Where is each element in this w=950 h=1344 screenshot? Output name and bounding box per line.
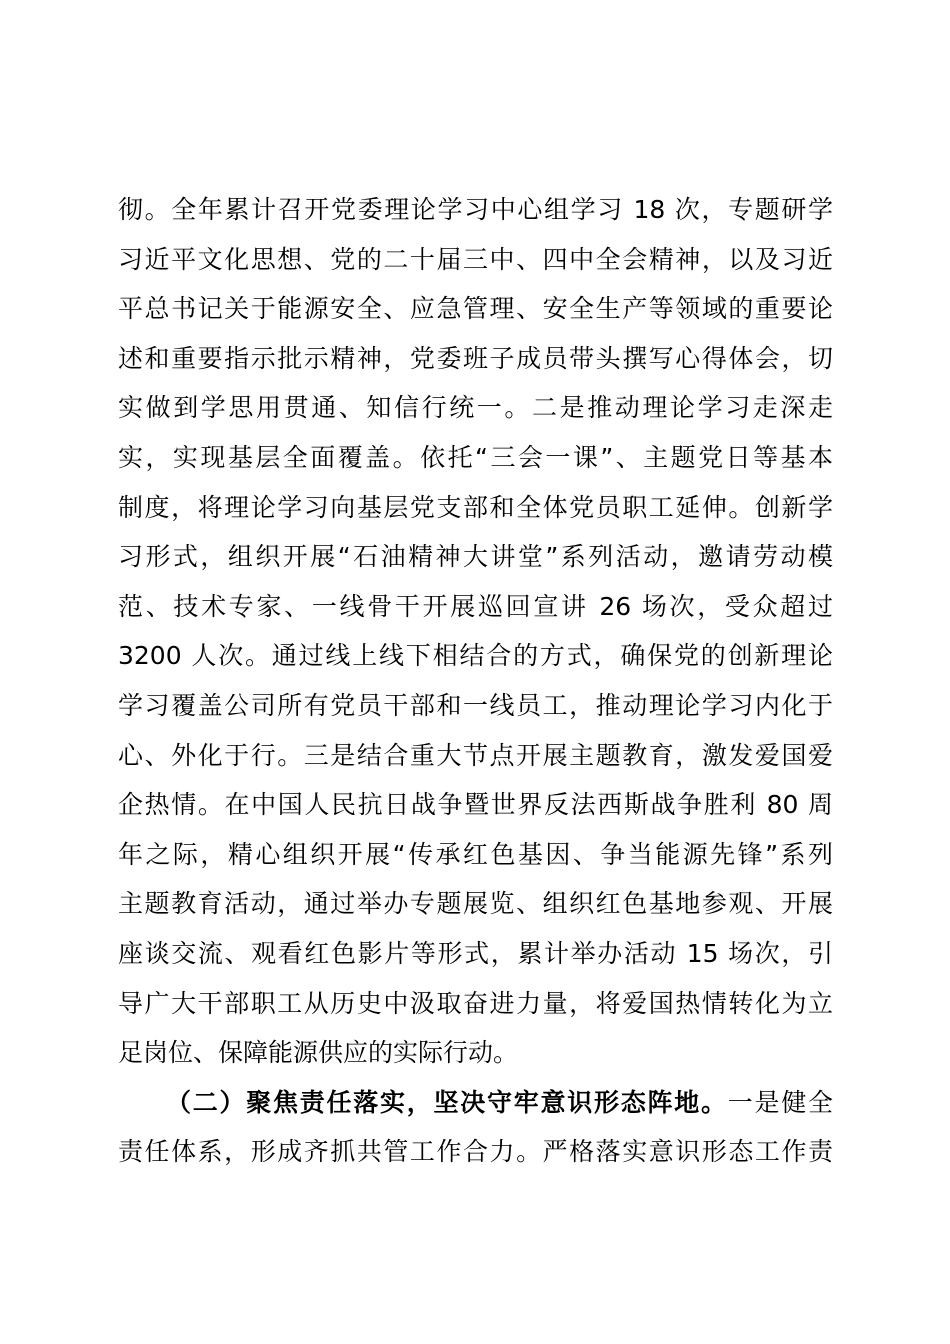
text-line: 3200 人次。通过线上线下相结合的方式，确保党的创新理论 (118, 631, 833, 681)
text-line: 企热情。在中国人民抗日战争暨世界反法西斯战争胜利 80 周 (118, 780, 833, 830)
body-text-segment: 一是健全 (728, 1088, 833, 1117)
text-line: 平总书记关于能源安全、应急管理、安全生产等领域的重要论 (118, 284, 833, 334)
body-text-segment: 导广大干部职工从历史中汲取奋进力量，将爱国热情转化为立 (118, 989, 833, 1018)
body-text-segment: 企热情。在中国人民抗日战争暨世界反法西斯战争胜利 80 周 (118, 790, 833, 819)
text-line: 习近平文化思想、党的二十届三中、四中全会精神，以及习近 (118, 235, 833, 285)
paragraph-ideology-responsibility: （二）聚焦责任落实，坚决守牢意识形态阵地。一是健全责任体系，形成齐抓共管工作合力… (118, 1078, 833, 1177)
text-line: 主题教育活动，通过举办专题展览、组织红色基地参观、开展 (118, 879, 833, 929)
paragraph-theory-learning: 彻。全年累计召开党委理论学习中心组学习 18 次，专题研学习近平文化思想、党的二… (118, 185, 833, 1078)
body-text-segment: 学习覆盖公司所有党员干部和一线员工，推动理论学习内化于 (118, 691, 833, 720)
text-line: 制度，将理论学习向基层党支部和全体党员职工延伸。创新学 (118, 483, 833, 533)
text-line: 实，实现基层全面覆盖。依托“三会一课”、主题党日等基本 (118, 433, 833, 483)
text-line: 彻。全年累计召开党委理论学习中心组学习 18 次，专题研学 (118, 185, 833, 235)
body-text-segment: 年之际，精心组织开展“传承红色基因、争当能源先锋”系列 (118, 840, 833, 869)
body-text-segment: 彻。全年累计召开党委理论学习中心组学习 18 次，专题研学 (118, 195, 833, 224)
document-page: 彻。全年累计召开党委理论学习中心组学习 18 次，专题研学习近平文化思想、党的二… (0, 0, 950, 1344)
text-line: 足岗位、保障能源供应的实际行动。 (118, 1028, 833, 1078)
body-text-segment: 述和重要指示批示精神，党委班子成员带头撰写心得体会，切 (118, 344, 833, 373)
body-text-segment: 足岗位、保障能源供应的实际行动。 (118, 1038, 518, 1067)
section-heading-text: （二）聚焦责任落实，坚决守牢意识形态阵地。 (166, 1088, 728, 1117)
text-line: 责任体系，形成齐抓共管工作合力。严格落实意识形态工作责 (118, 1127, 833, 1177)
body-text-segment: 习近平文化思想、党的二十届三中、四中全会精神，以及习近 (118, 245, 833, 274)
body-text-segment: 实，实现基层全面覆盖。依托“三会一课”、主题党日等基本 (118, 443, 833, 472)
document-body: 彻。全年累计召开党委理论学习中心组学习 18 次，专题研学习近平文化思想、党的二… (118, 185, 833, 1177)
text-line: 述和重要指示批示精神，党委班子成员带头撰写心得体会，切 (118, 334, 833, 384)
text-line: 心、外化于行。三是结合重大节点开展主题教育，激发爱国爱 (118, 731, 833, 781)
text-line: 导广大干部职工从历史中汲取奋进力量，将爱国热情转化为立 (118, 979, 833, 1029)
text-line: （二）聚焦责任落实，坚决守牢意识形态阵地。一是健全 (118, 1078, 833, 1128)
text-line: 实做到学思用贯通、知信行统一。二是推动理论学习走深走 (118, 383, 833, 433)
text-line: 座谈交流、观看红色影片等形式，累计举办活动 15 场次，引 (118, 929, 833, 979)
text-line: 年之际，精心组织开展“传承红色基因、争当能源先锋”系列 (118, 830, 833, 880)
body-text-segment: 实做到学思用贯通、知信行统一。二是推动理论学习走深走 (118, 393, 833, 422)
body-text-segment: 制度，将理论学习向基层党支部和全体党员职工延伸。创新学 (118, 493, 833, 522)
body-text-segment: 范、技术专家、一线骨干开展巡回宣讲 26 场次，受众超过 (118, 592, 833, 621)
body-text-segment: 座谈交流、观看红色影片等形式，累计举办活动 15 场次，引 (118, 939, 833, 968)
text-line: 习形式，组织开展“石油精神大讲堂”系列活动，邀请劳动模 (118, 532, 833, 582)
body-text-segment: 心、外化于行。三是结合重大节点开展主题教育，激发爱国爱 (118, 741, 833, 770)
text-line: 学习覆盖公司所有党员干部和一线员工，推动理论学习内化于 (118, 681, 833, 731)
text-line: 范、技术专家、一线骨干开展巡回宣讲 26 场次，受众超过 (118, 582, 833, 632)
body-text-segment: 责任体系，形成齐抓共管工作合力。严格落实意识形态工作责 (118, 1137, 833, 1166)
body-text-segment: 主题教育活动，通过举办专题展览、组织红色基地参观、开展 (118, 889, 833, 918)
body-text-segment: 3200 人次。通过线上线下相结合的方式，确保党的创新理论 (118, 641, 833, 670)
body-text-segment: 习形式，组织开展“石油精神大讲堂”系列活动，邀请劳动模 (118, 542, 833, 571)
body-text-segment: 平总书记关于能源安全、应急管理、安全生产等领域的重要论 (118, 294, 833, 323)
